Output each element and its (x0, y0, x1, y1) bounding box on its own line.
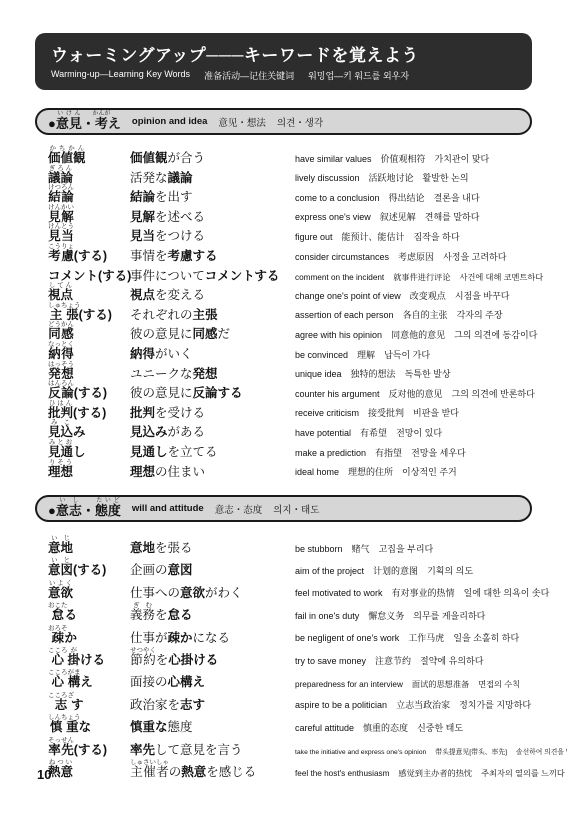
vocab-word: 見通みとおし (48, 439, 130, 459)
vocab-example-phrase: 慎重な態度 (130, 721, 295, 734)
vocab-example-phrase: 事件についてコメントする (130, 270, 295, 283)
translation-korean: 사정을 고려하다 (443, 252, 506, 262)
translation-korean: 납득이 가다 (384, 350, 430, 360)
translation-english: ideal home (295, 467, 339, 477)
translation-chinese: 计划的意图 (373, 566, 418, 576)
vocab-translations: express one's view叙述见解견해를 말하다 (295, 213, 532, 223)
vocab-translations: have potential有希望전망이 있다 (295, 429, 532, 439)
vocab-translations: lively discussion活跃地讨论활발한 논의 (295, 174, 532, 184)
vocab-translations: aim of the project计划的意图기획의 의도 (295, 567, 532, 577)
translation-korean: 각자의 주장 (457, 310, 503, 320)
vocab-translations: ideal home理想的住所이상적인 주거 (295, 468, 532, 478)
vocab-word: 志こころざす (48, 692, 130, 712)
translation-korean: 가치관이 맞다 (435, 154, 490, 164)
translation-english: feel motivated to work (295, 588, 383, 598)
translation-korean: 이상적인 주거 (402, 467, 457, 477)
vocab-word: 主張しゅちょう(する) (48, 302, 130, 322)
vocab-example-phrase: 節約せつやくを心掛ける (130, 647, 295, 667)
vocab-example-phrase: 面接の心構え (130, 676, 295, 689)
translation-english: assertion of each person (295, 310, 394, 320)
translation-chinese: 反对他的意见 (389, 389, 443, 399)
vocab-example-phrase: それぞれの主張 (130, 309, 295, 322)
vocab-translations: consider circumstances考虑原因사정을 고려하다 (295, 253, 532, 263)
vocab-row: 視点してん視点を変えるchange one's point of view改变观… (35, 282, 532, 302)
vocab-row: 納得なっとく納得がいくbe convinced理解납득이 가다 (35, 341, 532, 361)
translation-chinese: 有指望 (375, 448, 402, 458)
vocab-row: 見通みとおし見通しを立てるmake a prediction有指望전망을 세우다 (35, 439, 532, 459)
translation-chinese: 立志当政治家 (396, 700, 450, 710)
section-header: ●意志いし・態度たいどwill and attitude意志・态度의지・태도 (35, 495, 532, 522)
vocab-row: 心こころ構がまえ面接の心構えpreparedness for an interv… (35, 666, 532, 688)
section-title-english: will and attitude (132, 503, 204, 514)
vocab-row: 結論けつろん結論を出すcome to a conclusion得出结论결론을 내… (35, 184, 532, 204)
vocab-word: 疎おろそか (48, 625, 130, 645)
translation-chinese: 叙述见解 (380, 212, 416, 222)
vocab-row: 反論はんろん(する)彼の意見に反論するcounter his argument反… (35, 380, 532, 400)
translation-english: receive criticism (295, 408, 359, 418)
vocab-row: 意地いじ意地を張るbe stubborn赌气고집을 부리다 (35, 532, 532, 554)
translation-english: express one's view (295, 212, 371, 222)
translation-english: have potential (295, 428, 351, 438)
page-header-banner: ウォーミングアップ───キーワードを覚おぼえよう Warming-up—Lear… (35, 33, 532, 90)
vocab-row: 疎おろそか仕事が疎かになるbe negligent of one's work工… (35, 622, 532, 644)
translation-english: be negligent of one's work (295, 633, 399, 643)
section-title-korean: 의견・생각 (277, 115, 323, 129)
section-title-chinese: 意志・态度 (215, 502, 263, 516)
vocab-row: 志こころざす政治家を志すaspire to be a politician立志当… (35, 689, 532, 711)
translation-korean: 그의 의견에 동감이다 (454, 330, 537, 340)
vocab-word: 同感どうかん (48, 321, 130, 341)
vocab-translations: preparedness for an interview面试的思想准备면접의 … (295, 680, 532, 689)
translation-english: preparedness for an interview (295, 680, 403, 689)
vocab-row: 見解けんかい見解を述べるexpress one's view叙述见解견해를 말하… (35, 204, 532, 224)
subtitle-chinese: 准备活动—记住关键词 (204, 69, 294, 82)
translation-english: figure out (295, 232, 333, 242)
translation-english: change one's point of view (295, 291, 401, 301)
translation-chinese: 独特的想法 (351, 369, 396, 379)
section-title-korean: 의지・태도 (273, 502, 319, 516)
vocab-example-phrase: 主催者しゅさいしゃの熱意を感じる (130, 759, 295, 779)
vocab-example-phrase: 彼の意見に同感だ (130, 328, 295, 341)
page-number: 10 (37, 767, 51, 782)
vocab-example-phrase: 批判を受ける (130, 407, 295, 420)
translation-korean: 솔선하여 의견을 말하다[솔선하다] (516, 749, 567, 756)
translation-korean: 짐작을 하다 (414, 232, 460, 242)
vocab-translations: figure out能预计、能估计짐작을 하다 (295, 233, 532, 243)
vocab-translations: counter his argument反对他的意见그의 의견에 반론하다 (295, 390, 535, 400)
vocab-row-list: 意地いじ意地を張るbe stubborn赌气고집을 부리다意図いと(する)企画の… (35, 532, 532, 778)
vocab-translations: careful attitude慎重的态度신중한 태도 (295, 724, 532, 734)
translation-chinese: 有希望 (360, 428, 387, 438)
vocab-row: 批判ひはん(する)批判を受けるreceive criticism接受批判비판을 … (35, 400, 532, 420)
vocab-word: 心こころ掛がける (48, 647, 130, 667)
section-title-english: opinion and idea (132, 116, 207, 127)
translation-chinese: 得出结论 (389, 193, 425, 203)
translation-korean: 사건에 대해 코멘트하다 (460, 273, 544, 282)
vocab-row: 見込みこみ見込みがあるhave potential有希望전망이 있다 (35, 419, 532, 439)
vocab-example-phrase: 意地を張る (130, 542, 295, 555)
translation-korean: 비판을 받다 (413, 408, 459, 418)
vocab-row: 主張しゅちょう(する)それぞれの主張assertion of each pers… (35, 302, 532, 322)
page-subtitle: Warming-up—Learning Key Words 准备活动—记住关键词… (51, 69, 532, 82)
translation-english: take the initiative and express one's op… (295, 749, 426, 756)
translation-korean: 전망이 있다 (396, 428, 442, 438)
vocab-translations: unique idea独特的想法독특한 발상 (295, 370, 532, 380)
vocab-translations: be stubborn赌气고집을 부리다 (295, 545, 532, 555)
translation-english: consider circumstances (295, 252, 389, 262)
translation-chinese: 就事件进行评论 (393, 273, 450, 282)
vocab-example-phrase: 見込みがある (130, 426, 295, 439)
vocab-word: 見当けんとう (48, 223, 130, 243)
vocab-example-phrase: 事情を考慮する (130, 250, 295, 263)
vocab-example-phrase: 納得がいく (130, 348, 295, 361)
translation-chinese: 赌气 (352, 544, 370, 554)
section-title-chinese: 意见・想法 (218, 115, 266, 129)
vocab-word: 理想りそう (48, 459, 130, 479)
vocab-translations: try to save money注意节约절약에 유의하다 (295, 657, 532, 667)
translation-korean: 그의 의견에 반론하다 (452, 389, 535, 399)
translation-english: feel the host's enthusiasm (295, 769, 389, 778)
vocab-word: 批判ひはん(する) (48, 400, 130, 420)
translation-korean: 독특한 발상 (405, 369, 451, 379)
vocab-row: 理想りそう理想の住まいideal home理想的住所이상적인 주거 (35, 459, 532, 479)
translation-chinese: 理解 (357, 350, 375, 360)
translation-english: fail in one's duty (295, 611, 359, 621)
subtitle-english: Warming-up—Learning Key Words (51, 69, 190, 82)
subtitle-korean: 워밍업—키 워드를 외우자 (308, 69, 409, 82)
vocab-word: 納得なっとく (48, 341, 130, 361)
vocab-row: 考慮こうりょ(する)事情を考慮するconsider circumstances考… (35, 243, 532, 263)
vocab-word: 熱意ねつい (48, 759, 130, 779)
vocab-row: 心こころ掛がける節約せつやくを心掛けるtry to save money注意节约… (35, 644, 532, 666)
translation-english: careful attitude (295, 723, 354, 733)
vocab-example-phrase: 見解を述べる (130, 211, 295, 224)
vocab-example-phrase: 結論を出す (130, 191, 295, 204)
translation-english: aspire to be a politician (295, 700, 387, 710)
translation-english: try to save money (295, 656, 366, 666)
translation-korean: 절약에 유의하다 (420, 656, 483, 666)
vocab-translations: comment on the incident就事件进行评论사건에 대해 코멘트… (295, 273, 543, 282)
vocab-word: 視点してん (48, 282, 130, 302)
translation-english: aim of the project (295, 566, 364, 576)
translation-korean: 활발한 논의 (423, 173, 469, 183)
translation-english: be convinced (295, 350, 348, 360)
vocab-example-phrase: 視点を変える (130, 289, 295, 302)
vocab-translations: have similar values价值观相符가치관이 맞다 (295, 155, 532, 165)
translation-korean: 시점을 바꾸다 (455, 291, 510, 301)
translation-korean: 고집을 부리다 (379, 544, 434, 554)
vocab-example-phrase: 企画の意図 (130, 564, 295, 577)
translation-korean: 결론을 내다 (434, 193, 480, 203)
vocab-word: 意欲いよく (48, 580, 130, 600)
vocab-word: 発想はっそう (48, 361, 130, 381)
vocab-translations: come to a conclusion得出结论결론을 내다 (295, 194, 532, 204)
vocab-translations: be negligent of one's work工作马虎일을 소홀히 하다 (295, 634, 532, 644)
translation-english: counter his argument (295, 389, 380, 399)
translation-chinese: 各自的主张 (403, 310, 448, 320)
translation-korean: 일을 소홀히 하다 (453, 633, 519, 643)
vocab-row: 同感どうかん彼の意見に同感だagree with his opinion同意他的… (35, 321, 532, 341)
translation-korean: 의무를 게을리하다 (413, 611, 485, 621)
vocab-word: コメント(する) (48, 270, 130, 283)
vocab-row: 意欲いよく仕事への意欲がわくfeel motivated to work有对事业… (35, 577, 532, 599)
vocab-example-phrase: 政治家を志す (130, 699, 295, 712)
vocab-row: 慎重しんちょうな慎重な態度careful attitude慎重的态度신중한 태도 (35, 711, 532, 733)
vocab-word: 心こころ構がまえ (48, 669, 130, 689)
vocab-example-phrase: 仕事が疎かになる (130, 632, 295, 645)
translation-english: comment on the incident (295, 273, 384, 282)
vocab-translations: assertion of each person各自的主张각자의 주장 (295, 311, 532, 321)
vocab-row: 率先そっせん(する)率先して意見を言うtake the initiative a… (35, 734, 532, 756)
vocab-example-phrase: 理想の住まい (130, 466, 295, 479)
vocab-translations: aspire to be a politician立志当政治家정치가를 지망하다 (295, 701, 532, 711)
vocab-translations: be convinced理解납득이 가다 (295, 351, 532, 361)
translation-chinese: 考虑原因 (398, 252, 434, 262)
vocab-example-phrase: 仕事への意欲がわく (130, 587, 295, 600)
vocab-word: 反論はんろん(する) (48, 380, 130, 400)
vocab-row: 怠おこたる義務ぎむを怠るfail in one's duty懈怠义务의무를 게을… (35, 599, 532, 621)
vocab-translations: feel the host's enthusiasm感觉到主办者的热忱주최자의 … (295, 769, 565, 778)
vocab-word: 価値観かちかん (48, 145, 130, 165)
translation-korean: 전망을 세우다 (411, 448, 466, 458)
translation-english: have similar values (295, 154, 372, 164)
translation-korean: 주최자의 열의를 느끼다 (481, 769, 565, 778)
vocab-word: 見込みこみ (48, 419, 130, 439)
vocab-example-phrase: 見通しを立てる (130, 446, 295, 459)
vocab-translations: make a prediction有指望전망을 세우다 (295, 449, 532, 459)
vocab-example-phrase: 活発な議論 (130, 172, 295, 185)
vocab-word: 結論けつろん (48, 184, 130, 204)
vocab-translations: take the initiative and express one's op… (295, 749, 567, 756)
translation-chinese: 面试的思想准备 (412, 680, 469, 689)
vocab-row-list: 価値観かちかん価値観が合うhave similar values价值观相符가치관… (35, 145, 532, 478)
vocab-example-phrase: 義務ぎむを怠る (130, 602, 295, 622)
vocab-row: 発想はっそうユニークな発想unique idea独特的想法독특한 발상 (35, 361, 532, 381)
vocab-word: 意図いと(する) (48, 557, 130, 577)
vocab-translations: feel motivated to work有对事业的热情일에 대한 의욕이 솟… (295, 589, 549, 599)
translation-english: lively discussion (295, 173, 360, 183)
translation-english: come to a conclusion (295, 193, 380, 203)
translation-korean: 정치가를 지망하다 (459, 700, 531, 710)
vocab-word: 怠おこたる (48, 602, 130, 622)
section-title-japanese: ●意見いけん・考かんがえ (48, 111, 121, 132)
vocab-word: 議論ぎろん (48, 165, 130, 185)
translation-korean: 면접의 수칙 (478, 680, 520, 689)
translation-chinese: 慎重的态度 (363, 723, 408, 733)
section-header: ●意見いけん・考かんがえopinion and idea意见・想法의견・생각 (35, 108, 532, 135)
translation-english: make a prediction (295, 448, 366, 458)
vocab-row: 価値観かちかん価値観が合うhave similar values价值观相符가치관… (35, 145, 532, 165)
vocab-row: コメント(する)事件についてコメントするcomment on the incid… (35, 263, 532, 283)
vocab-word: 考慮こうりょ(する) (48, 243, 130, 263)
translation-chinese: 注意节约 (375, 656, 411, 666)
vocab-word: 率先そっせん(する) (48, 737, 130, 757)
translation-chinese: 能预计、能估计 (342, 232, 405, 242)
translation-chinese: 感觉到主办者的热忱 (398, 769, 472, 778)
vocab-word: 見解けんかい (48, 204, 130, 224)
vocab-translations: agree with his opinion同意他的意见그의 의견에 동감이다 (295, 331, 537, 341)
translation-korean: 신중한 태도 (417, 723, 463, 733)
vocab-example-phrase: 率先して意見を言う (130, 744, 295, 757)
vocab-row: 議論ぎろん活発な議論lively discussion活跃地讨论활발한 논의 (35, 165, 532, 185)
vocab-translations: change one's point of view改变观点시점을 바꾸다 (295, 292, 532, 302)
translation-chinese: 改变观点 (410, 291, 446, 301)
translation-chinese: 理想的住所 (348, 467, 393, 477)
vocab-example-phrase: 彼の意見に反論する (130, 387, 295, 400)
translation-chinese: 懈怠义务 (368, 611, 404, 621)
vocab-word: 意地いじ (48, 535, 130, 555)
vocab-translations: receive criticism接受批判비판을 받다 (295, 409, 532, 419)
translation-english: be stubborn (295, 544, 343, 554)
translation-english: unique idea (295, 369, 342, 379)
translation-chinese: 价值观相符 (381, 154, 426, 164)
vocabulary-content: ●意見いけん・考かんがえopinion and idea意见・想法의견・생각価値… (35, 108, 532, 795)
translation-chinese: 同意他的意见 (391, 330, 445, 340)
page-title: ウォーミングアップ───キーワードを覚おぼえよう (51, 41, 532, 66)
vocab-example-phrase: 価値観が合う (130, 152, 295, 165)
translation-korean: 견해를 말하다 (425, 212, 480, 222)
translation-chinese: 有对事业的热情 (392, 588, 455, 598)
translation-chinese: 活跃地讨论 (369, 173, 414, 183)
vocab-row: 意図いと(する)企画の意図aim of the project计划的意图기획의 … (35, 554, 532, 576)
vocab-row: 見当けんとう見当をつけるfigure out能预计、能估计짐작을 하다 (35, 223, 532, 243)
translation-chinese: 工作马虎 (408, 633, 444, 643)
translation-english: agree with his opinion (295, 330, 382, 340)
vocab-translations: fail in one's duty懈怠义务의무를 게을리하다 (295, 612, 532, 622)
vocab-example-phrase: 見当をつける (130, 230, 295, 243)
translation-korean: 기획의 의도 (427, 566, 473, 576)
section-title-japanese: ●意志いし・態度たいど (48, 498, 121, 519)
translation-chinese: 接受批判 (368, 408, 404, 418)
vocab-example-phrase: ユニークな発想 (130, 368, 295, 381)
translation-chinese: 带头提意见[带头、率先] (435, 749, 507, 756)
vocab-word: 慎重しんちょうな (48, 714, 130, 734)
translation-korean: 일에 대한 의욕이 솟다 (464, 588, 550, 598)
vocab-row: 熱意ねつい主催者しゅさいしゃの熱意を感じるfeel the host's ent… (35, 756, 532, 778)
